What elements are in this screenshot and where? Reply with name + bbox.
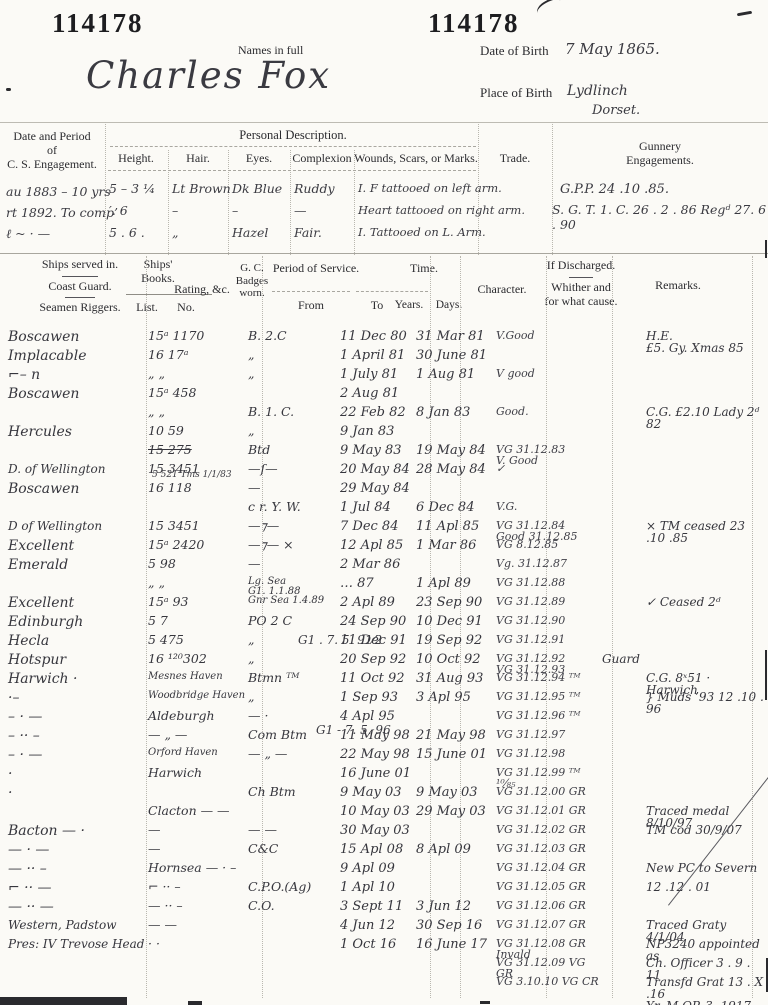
service-cell-remarks: [646, 710, 764, 729]
scan-speck: [188, 1001, 202, 1005]
service-cell-ship: Emerald: [8, 558, 148, 577]
service-cell-to: [416, 710, 496, 729]
service-cell-from: 2 Aug 81: [340, 387, 416, 406]
service-cell-character: VG 31.12.97: [496, 729, 602, 748]
service-row: Boscawen16 118—29 May 84: [8, 482, 764, 501]
to-header: To: [371, 299, 384, 313]
personal-cell-wounds: I. Tattooed on L. Arm.: [354, 226, 478, 248]
service-row: 15 275Btd9 May 8319 May 84VG 31.12.83 V.…: [8, 444, 764, 463]
service-cell-to: [416, 482, 496, 501]
service-cell-disch: [602, 710, 646, 729]
service-cell-remarks: [646, 349, 764, 368]
service-cell-remarks: [646, 748, 764, 767]
service-cell-ship: [8, 501, 148, 520]
dob-value: 7 May 1865.: [565, 40, 660, 58]
service-cell-remarks: ✓ Ceased 2ᵈ: [646, 596, 764, 615]
personal-description-rows: 5 – 3 ¼Lt BrownDk BlueRuddyI. F tattooed…: [105, 182, 478, 248]
service-cell-disch: [602, 900, 646, 919]
service-cell-from: 1 Jul 84: [340, 501, 416, 520]
service-row: Hecla5 475„11 Dec 9119 Sep 92VG 31.12.91: [8, 634, 764, 653]
service-cell-character: [496, 425, 602, 444]
service-cell-character: VG 31.12.04 GR: [496, 862, 602, 881]
service-cell-ship: Edinburgh: [8, 615, 148, 634]
service-cell-rating: PO 2 C: [248, 615, 340, 634]
gunnery-entry-1: G.P.P. 24 .10 .85.: [560, 182, 669, 197]
service-cell-disch: [602, 615, 646, 634]
service-cell-character: V good: [496, 368, 602, 387]
service-cell-to: 8 Apl 09: [416, 843, 496, 862]
personal-cell-eyes: Dk Blue: [228, 182, 290, 204]
service-cell-character: Vg. 31.12.87: [496, 558, 602, 577]
from-header: From: [298, 299, 324, 313]
service-cell-remarks: New PC to Severn: [646, 862, 764, 881]
header-divider: [62, 276, 98, 277]
service-cell-character: [496, 387, 602, 406]
personal-cell-hair: –: [168, 204, 228, 226]
edge-mark: [765, 240, 767, 258]
personal-cell-hair: Lt Brown: [168, 182, 228, 204]
service-cell-character: [496, 482, 602, 501]
period-of-service-header: Period of Service.: [273, 262, 359, 276]
service-cell-to: [416, 425, 496, 444]
badge-note-91: G1 . 7. 5. 91⁄2: [298, 633, 382, 647]
service-cell-to: 30 June 81: [416, 349, 496, 368]
service-row: Emerald5 98—2 Mar 86Vg. 31.12.87: [8, 558, 764, 577]
personal-cell-height: 5 . 6 .: [105, 226, 168, 248]
service-row: ⌐ ·· —⌐ ·· –C.P.O.(Ag)1 Apl 10VG 31.12.0…: [8, 881, 764, 900]
pob-label: Place of Birth: [480, 86, 552, 101]
list-header: List.: [136, 301, 158, 315]
service-row: D. of Wellington15 3451—ſ—20 May 8428 Ma…: [8, 463, 764, 482]
trade-header: Trade.: [500, 152, 531, 166]
service-cell-ship: Bacton — ·: [8, 824, 148, 843]
service-cell-remarks: [646, 729, 764, 748]
personal-cell-height: 5 – 3 ¼: [105, 182, 168, 204]
service-cell-to: 9 May 03: [416, 786, 496, 805]
edge-mark: [765, 650, 767, 700]
engagement-header: Date and Period of C. S. Engagement.: [7, 130, 97, 171]
service-cell-disch: [602, 862, 646, 881]
days-header: Days.: [436, 299, 463, 312]
wounds-header: Wounds, Scars, or Marks.: [354, 152, 478, 166]
if-discharged-header: If Discharged.: [547, 259, 615, 273]
service-row: ⌐– n„ „„1 July 811 Aug 81V good: [8, 368, 764, 387]
service-row: Boscawen15ᵃ 1170B. 2.C11 Dec 8031 Mar 81…: [8, 330, 764, 349]
service-cell-ship: – ·· –: [8, 729, 148, 748]
service-cell-disch: [602, 843, 646, 862]
service-row: Western, Padstow— —4 Jun 1230 Sep 16VG 3…: [8, 919, 764, 938]
service-cell-character: VG 31.12.03 GR: [496, 843, 602, 862]
service-cell-character: VG 3.10.10 VG CR: [496, 976, 602, 1005]
service-cell-disch: [602, 596, 646, 615]
column-rule: [552, 122, 553, 255]
header-dash-rule: [356, 291, 428, 292]
service-cell-to: [416, 824, 496, 843]
service-cell-disch: [602, 786, 646, 805]
engagement-entries: au 1883 – 10 yrsrt 1892. To comp’ℓ ~ · —: [6, 184, 106, 247]
complexion-header: Complexion: [292, 152, 351, 166]
ships-served-header: Ships served in.: [42, 258, 118, 272]
service-cell-remarks: [646, 900, 764, 919]
service-cell-from: 2 Mar 86: [340, 558, 416, 577]
service-cell-to: 19 Sep 92: [416, 634, 496, 653]
service-row: Excellent15ᵃ 2420—⁊— ×12 Apl 851 Mar 86V…: [8, 539, 764, 558]
service-cell-remarks: TM cod 30/9/07: [646, 824, 764, 843]
service-cell-ship: Implacable: [8, 349, 148, 368]
personal-cell-complexion: Fair.: [290, 226, 354, 248]
service-cell-disch: [602, 634, 646, 653]
service-cell-ship: Hercules: [8, 425, 148, 444]
service-cell-character: [496, 349, 602, 368]
engagement-entry: rt 1892. To comp’: [6, 205, 106, 226]
service-cell-disch: [602, 748, 646, 767]
service-cell-rating: C.O.: [248, 900, 340, 919]
service-cell-ship: ⌐– n: [8, 368, 148, 387]
service-cell-ship: — ·· —: [8, 900, 148, 919]
coast-guard-header: Coast Guard.: [48, 280, 111, 294]
service-row: Hercules10 59„9 Jan 83: [8, 425, 764, 444]
name-value: Charles Fox: [86, 54, 331, 97]
personal-cell-height: ′. 6: [105, 204, 168, 226]
service-cell-to: 3 Jun 12: [416, 900, 496, 919]
service-record-document: 114178 114178 Names in full Charles Fox …: [0, 0, 768, 1005]
gunnery-entry-2: S. G. T. 1. C. 26 . 2 . 86 Regᵈ 27. 6 . …: [552, 202, 768, 232]
service-cell-character: VG 31.12.96 ᵀᴹ: [496, 710, 602, 729]
service-cell-remarks: [646, 387, 764, 406]
service-row: D of Wellington15 3451—⁊—7 Dec 8411 Apl …: [8, 520, 764, 539]
service-row: — ·· —— ·· –C.O.3 Sept 113 Jun 12VG 31.1…: [8, 900, 764, 919]
service-cell-ship: D. of Wellington: [8, 463, 148, 482]
service-cell-rating: Ch Btm: [248, 786, 340, 805]
header-divider: [569, 277, 593, 278]
engagement-entry: au 1883 – 10 yrs: [6, 184, 106, 205]
service-number-left: 114178: [52, 8, 144, 39]
character-header: Character.: [478, 283, 527, 297]
scan-edge-bar: [0, 997, 127, 1005]
service-cell-to: [416, 862, 496, 881]
dob-label: Date of Birth: [480, 44, 549, 59]
service-cell-disch: [602, 368, 646, 387]
seamen-riggers-header: Seamen Riggers.: [39, 301, 120, 315]
service-cell-character: VG 31.12.91: [496, 634, 602, 653]
service-cell-character: VG 8.12.85: [496, 539, 602, 558]
service-cell-character: VG 31.12.02 GR: [496, 824, 602, 843]
personal-description-row: 5 . 6 .„HazelFair.I. Tattooed on L. Arm.: [105, 226, 478, 248]
service-cell-ship: – · —: [8, 710, 148, 729]
service-cell-rating: C&C: [248, 843, 340, 862]
service-row: – · —Orford Haven— „ —22 May 9815 June 0…: [8, 748, 764, 767]
scan-speck: [480, 1001, 490, 1004]
service-cell-to: [416, 387, 496, 406]
service-cell-from: 1 Apl 10: [340, 881, 416, 900]
service-cell-remarks: [646, 558, 764, 577]
service-cell-to: 21 May 98: [416, 729, 496, 748]
service-row: — · ——C&C15 Apl 088 Apl 09VG 31.12.03 GR: [8, 843, 764, 862]
service-cell-remarks: [646, 368, 764, 387]
service-cell-from: 9 Apl 09: [340, 862, 416, 881]
service-cell-remarks: 12 .12 . 01: [646, 881, 764, 900]
service-cell-ship: Hecla: [8, 634, 148, 653]
personal-cell-eyes: Hazel: [228, 226, 290, 248]
service-cell-remarks: [646, 501, 764, 520]
service-cell-to: 6 Dec 84: [416, 501, 496, 520]
service-cell-remarks: Transfd Grat 13 . X .16 Yr. M.OP. 3 .191…: [646, 976, 764, 1005]
service-cell-from: 9 May 03: [340, 786, 416, 805]
engagement-entry: ℓ ~ · —: [6, 226, 106, 247]
service-row: — ·· –Hornsea — · –9 Apl 09VG 31.12.04 G…: [8, 862, 764, 881]
service-cell-remarks: [646, 634, 764, 653]
personal-description-header: Personal Description.: [239, 128, 347, 142]
service-cell-disch: [602, 729, 646, 748]
service-row: Clacton — —10 May 0329 May 03VG 31.12.01…: [8, 805, 764, 824]
service-cell-from: 29 May 84: [340, 482, 416, 501]
service-row: ·–Woodbridge Haven„1 Sep 933 Apl 95VG 31…: [8, 691, 764, 710]
service-cell-from: 1 July 81: [340, 368, 416, 387]
height-header: Height.: [118, 152, 154, 166]
service-cell-character: VG 31.12.88: [496, 577, 602, 597]
service-cell-books: 16 118: [148, 482, 248, 501]
service-cell-character: VG 31.12.98: [496, 748, 602, 767]
service-cell-from: [340, 976, 416, 1005]
badge-note-96: G1 - 7. 5. 96: [316, 723, 391, 737]
service-cell-disch: [602, 425, 646, 444]
service-cell-ship: Excellent: [8, 596, 148, 615]
service-cell-rating: [248, 976, 340, 1005]
service-table-top-rule: [0, 253, 768, 254]
service-row: VG 3.10.10 VG CRTransfd Grat 13 . X .16 …: [8, 976, 764, 995]
service-row: ·Ch Btm9 May 039 May 03VG 31.12.00 GR: [8, 786, 764, 805]
service-row: Pres: IV Trevose Head· ·1 Oct 1616 June …: [8, 938, 764, 957]
service-row: Boscawen15ᵃ 4582 Aug 81: [8, 387, 764, 406]
service-cell-books: — „ —: [148, 729, 248, 748]
years-header: Years.: [395, 299, 424, 312]
service-cell-disch: [602, 463, 646, 482]
service-row: Implacable16 17ᵃ„1 April 8130 June 81: [8, 349, 764, 368]
service-row: Excellent15ᵃ 93Gnr Sea 1.4.892 Apl 8923 …: [8, 596, 764, 615]
personal-cell-wounds: I. F tattooed on left arm.: [354, 182, 478, 204]
service-cell-ship: [8, 577, 148, 597]
service-row: c r. Y. W.1 Jul 846 Dec 84V.G.: [8, 501, 764, 520]
service-cell-character: VG 31.12.06 GR: [496, 900, 602, 919]
service-cell-disch: [602, 881, 646, 900]
pob-value: Lydlinch: [567, 83, 628, 99]
service-cell-to: 1 Aug 81: [416, 368, 496, 387]
service-cell-rating: — „ —: [248, 748, 340, 767]
service-row: „ „B. 1. C.22 Feb 828 Jan 83Good.C.G. £2…: [8, 406, 764, 425]
service-cell-from: 20 May 84: [340, 463, 416, 482]
service-cell-to: 28 May 84: [416, 463, 496, 482]
remarks-header: Remarks.: [655, 279, 701, 293]
service-cell-ship: ⌐ ·· —: [8, 881, 148, 900]
service-row: Edinburgh5 7PO 2 C24 Sep 9010 Dec 91VG 3…: [8, 615, 764, 634]
service-cell-character: VG 31.12.89: [496, 596, 602, 615]
service-cell-ship: Boscawen: [8, 387, 148, 406]
service-cell-rating: —ſ—: [248, 463, 340, 482]
service-cell-character: V.G.: [496, 501, 602, 520]
personal-description-row: 5 – 3 ¼Lt BrownDk BlueRuddyI. F tattooed…: [105, 182, 478, 204]
header-divider: [65, 297, 95, 298]
service-cell-remarks: [646, 615, 764, 634]
service-cell-from: … 87: [340, 577, 416, 597]
service-cell-from: 9 Jan 83: [340, 425, 416, 444]
personal-cell-complexion: —: [290, 204, 354, 226]
service-cell-disch: [602, 558, 646, 577]
service-cell-from: 15 Apl 08: [340, 843, 416, 862]
service-cell-ship: ·: [8, 786, 148, 805]
ink-dot: [6, 88, 11, 91]
header-dash-rule: [272, 291, 350, 292]
service-cell-from: 30 May 03: [340, 824, 416, 843]
personal-cell-complexion: Ruddy: [290, 182, 354, 204]
service-cell-from: 3 Sept 11: [340, 900, 416, 919]
service-cell-remarks: [646, 482, 764, 501]
service-sub-note: 5 521 Tms 1/1/83: [152, 470, 232, 480]
pen-stroke-artifact: [534, 0, 564, 19]
service-cell-rating: „: [248, 349, 340, 368]
service-cell-rating: „: [248, 368, 340, 387]
hair-header: Hair.: [186, 152, 210, 166]
service-cell-character: ✓: [496, 463, 602, 482]
personal-cell-wounds: Heart tattooed on right arm.: [354, 204, 478, 226]
service-cell-remarks: [646, 463, 764, 482]
service-cell-disch: [602, 387, 646, 406]
time-header: Time.: [410, 262, 438, 276]
service-cell-to: 15 June 01: [416, 748, 496, 767]
service-cell-remarks: [646, 425, 764, 444]
service-cell-remarks: [646, 786, 764, 805]
service-cell-disch: [602, 976, 646, 1005]
table-top-rule: [0, 122, 768, 123]
service-cell-from: 22 May 98: [340, 748, 416, 767]
service-row: Bacton — ·—— —30 May 03VG 31.12.02 GRTM …: [8, 824, 764, 843]
rating-header: Rating, &c.: [174, 283, 230, 297]
gunnery-header: Gunnery Engagements.: [606, 140, 714, 168]
eyes-header: Eyes.: [246, 152, 272, 166]
service-cell-character: VG 31.12.00 GR: [496, 786, 602, 805]
service-cell-ship: Excellent: [8, 539, 148, 558]
service-cell-to: 10 Dec 91: [416, 615, 496, 634]
personal-cell-hair: „: [168, 226, 228, 248]
personal-cell-eyes: –: [228, 204, 290, 226]
service-cell-rating: —⁊— ×: [248, 539, 340, 558]
service-cell-ship: — ·· –: [8, 862, 148, 881]
service-cell-to: 1 Apl 89: [416, 577, 496, 597]
service-history-table: Boscawen15ᵃ 1170B. 2.C11 Dec 8031 Mar 81…: [8, 330, 764, 995]
service-cell-to: [416, 881, 496, 900]
personal-description-row: ′. 6––—Heart tattooed on right arm.: [105, 204, 478, 226]
service-cell-books: —: [148, 824, 248, 843]
header-rule: [108, 170, 476, 171]
service-cell-disch: [602, 824, 646, 843]
service-cell-to: [416, 558, 496, 577]
service-cell-from: 1 April 81: [340, 349, 416, 368]
service-cell-disch: [602, 349, 646, 368]
service-cell-from: 24 Sep 90: [340, 615, 416, 634]
service-cell-to: 1 Mar 86: [416, 539, 496, 558]
service-cell-ship: – · —: [8, 748, 148, 767]
service-cell-rating: —: [248, 558, 340, 577]
service-row: Harwich ·Mesnes HavenBtmn ᵀᴹ11 Oct 9231 …: [8, 672, 764, 691]
corner-ink-mark: [737, 11, 752, 17]
service-cell-rating: Lg. Sea G1. 1.1.88: [248, 577, 340, 597]
service-row: „ „Lg. Sea G1. 1.1.88… 871 Apl 89VG 31.1…: [8, 577, 764, 596]
no-header: No.: [177, 301, 195, 315]
service-cell-disch: [602, 482, 646, 501]
gc-badges-header: G. C. Badges worn.: [236, 262, 268, 300]
header-rule: [110, 146, 476, 147]
service-row: VG 31.12.09 VG GRCh. Officer 3 . 9 . 11: [8, 957, 764, 976]
pob-value-2: Dorset.: [592, 103, 640, 118]
service-cell-character: VG 31.12.90: [496, 615, 602, 634]
service-cell-remarks: [646, 577, 764, 597]
service-cell-from: 12 Apl 85: [340, 539, 416, 558]
service-row: ·Harwich16 June 01VG 31.12.99 ᵀᴹ ¹⁰⁄₈₅: [8, 767, 764, 786]
whither-header: Whither and for what cause.: [545, 281, 618, 309]
service-cell-character: VG 31.12.05 GR: [496, 881, 602, 900]
service-row: Hotspur16 ¹²⁰302„20 Sep 9210 Oct 92VG 31…: [8, 653, 764, 672]
service-cell-disch: [602, 501, 646, 520]
service-cell-from: 2 Apl 89: [340, 596, 416, 615]
service-number-right: 114178: [428, 8, 520, 39]
service-cell-remarks: [646, 539, 764, 558]
service-cell-ship: Boscawen: [8, 482, 148, 501]
service-cell-disch: [602, 577, 646, 597]
service-cell-ship: — · —: [8, 843, 148, 862]
service-cell-disch: [602, 539, 646, 558]
service-cell-to: 23 Sep 90: [416, 596, 496, 615]
